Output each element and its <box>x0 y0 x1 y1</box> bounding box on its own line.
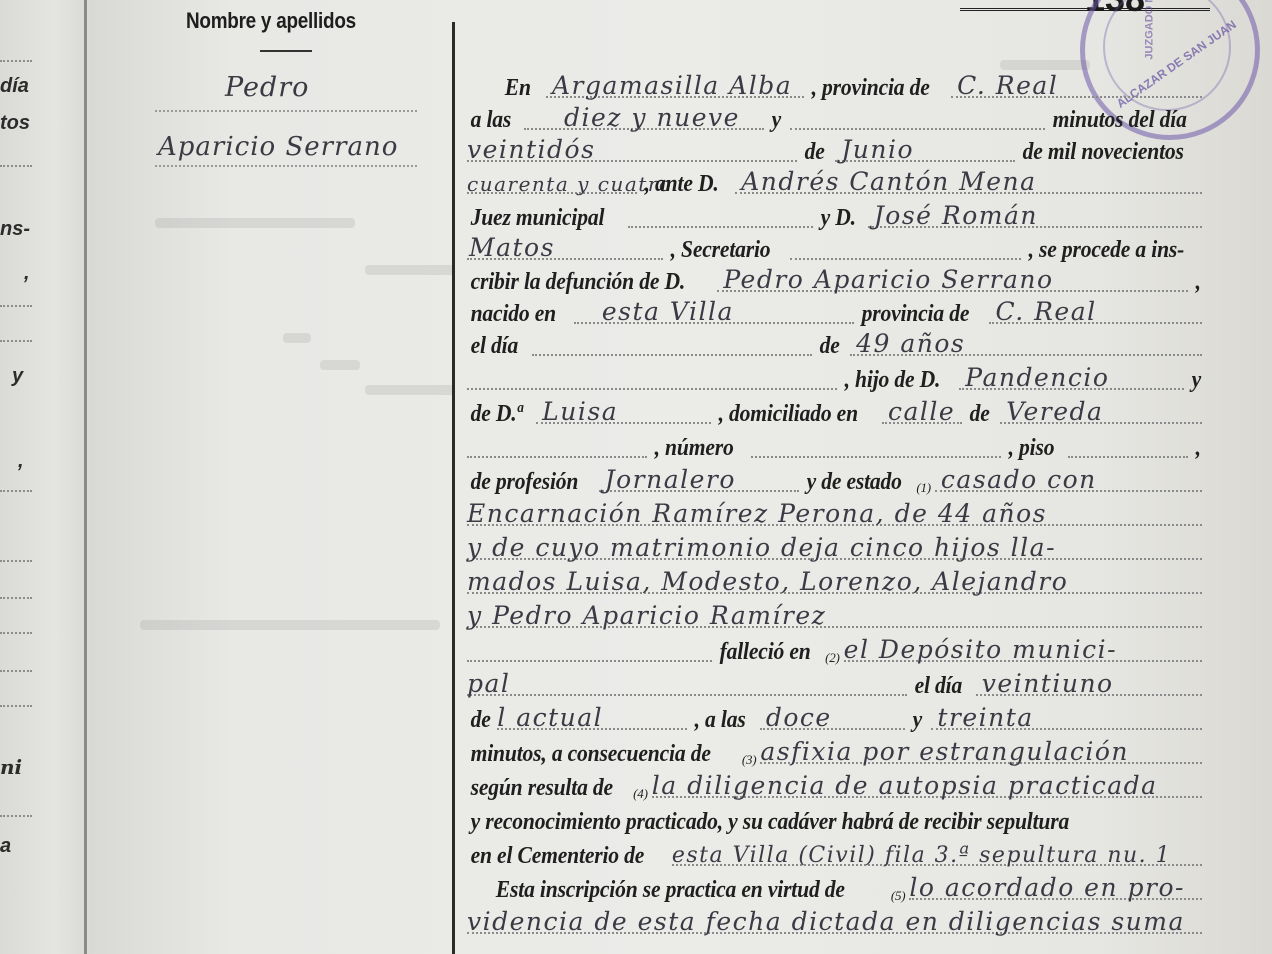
bleed-through <box>1000 60 1090 70</box>
label: , <box>1192 269 1204 296</box>
label: , Secretario <box>667 237 774 264</box>
handwritten-value: veintidós <box>467 135 595 164</box>
field-year: cuarenta y cuatro <box>467 166 637 194</box>
form-line-25: Esta inscripción se practica en virtud d… <box>467 872 1206 904</box>
handwritten-value: Encarnación Ramírez Perona, de 44 años <box>467 499 1047 528</box>
bleed-through <box>155 218 355 228</box>
field-hour: diez y nueve <box>524 102 764 130</box>
label: , domiciliado en <box>715 401 862 428</box>
dotted-line <box>155 110 417 112</box>
label: minutos, a consecuencia de <box>467 741 714 768</box>
field-birth-year <box>467 362 837 390</box>
label: provincia de <box>858 301 973 328</box>
handwritten-value: la diligencia de autopsia practicada <box>652 771 1158 800</box>
form-line-17: y Pedro Aparicio Ramírez <box>467 600 1206 632</box>
field-month: Junio <box>835 134 1015 162</box>
form-line-8: nacido en esta Villa provincia de C. Rea… <box>467 296 1206 328</box>
label: , ante D. <box>641 171 722 198</box>
handwritten-value: veintiuno <box>982 669 1114 698</box>
left-fragment: ns- <box>0 218 30 241</box>
dotted-line <box>0 560 32 562</box>
handwritten-value: Argamasilla Alba <box>552 71 792 100</box>
form-line-19: pal el día veintiuno <box>467 668 1206 700</box>
label: minutos del día <box>1049 107 1190 134</box>
handwritten-value: lo acordado en pro- <box>909 873 1185 902</box>
label: según resulta de <box>467 775 617 802</box>
field-judge: Andrés Cantón Mena <box>735 166 1202 194</box>
label: , piso <box>1005 435 1058 462</box>
column-divider <box>452 22 455 954</box>
header-rule <box>260 50 312 52</box>
label: falleció en <box>716 639 814 666</box>
left-fragment: tos <box>0 112 30 135</box>
bleed-through <box>283 333 311 343</box>
handwritten-value: Vereda <box>1006 397 1103 426</box>
left-fragment: a <box>0 835 11 858</box>
label: En <box>467 75 534 102</box>
dotted-line <box>0 165 32 167</box>
bleed-through <box>140 620 440 630</box>
field-father: Pandencio <box>959 362 1183 390</box>
dotted-line <box>0 670 32 672</box>
field-marital-status: casado con <box>935 464 1202 492</box>
label: , provincia de <box>808 75 933 102</box>
left-page: día tos ns- , y , ni a <box>0 0 92 954</box>
form-line-13: de profesión Jornalero y de estado (1) c… <box>467 464 1206 496</box>
field-children-names: mados Luisa, Modesto, Lorenzo, Alejandro <box>467 566 1202 594</box>
left-fragment: día <box>0 75 29 98</box>
left-fragment: y <box>12 365 23 388</box>
label: , número <box>651 435 737 462</box>
dotted-line <box>0 60 32 62</box>
label: y reconocimiento practicado, y su cadáve… <box>467 809 1073 836</box>
field-number <box>751 430 1001 458</box>
handwritten-value: el Depósito munici- <box>844 635 1117 664</box>
label: y <box>1188 367 1205 394</box>
label: cribir la defunción de D. <box>467 269 689 296</box>
bleed-through <box>320 360 360 370</box>
field-secretary-extra <box>790 232 1021 260</box>
handwritten-value: Junio <box>841 135 914 164</box>
field-authority-cont: videncia de esta fecha dictada en dilige… <box>467 906 1202 934</box>
dotted-line <box>0 305 32 307</box>
footnote-marker: (2) <box>825 650 840 666</box>
handwritten-value: pal <box>467 669 510 698</box>
handwritten-value: Luisa <box>542 397 618 426</box>
left-fragment: ni <box>0 755 22 779</box>
label: , hijo de D. <box>841 367 944 394</box>
field-street-type: calle <box>882 396 962 424</box>
field-place-cont: pal <box>467 668 907 696</box>
field-province: C. Real <box>951 70 1202 98</box>
label: Esta inscripción se practica en virtud d… <box>467 877 848 904</box>
field-secretary: José Román <box>868 200 1202 228</box>
field-judge-extra <box>628 200 813 228</box>
field-minutes <box>790 102 1045 130</box>
field-birthplace: esta Villa <box>574 296 854 324</box>
handwritten-value: C. Real <box>995 297 1096 326</box>
handwritten-value: esta Villa <box>602 297 734 326</box>
label: de profesión <box>467 469 582 496</box>
handwritten-value: esta Villa (Civil) fila 3.ª sepultura nu… <box>672 843 1171 868</box>
handwritten-value: doce <box>766 703 832 732</box>
label: de D.ª <box>467 401 526 428</box>
handwritten-value: Pandencio <box>965 363 1109 392</box>
handwritten-value: mados Luisa, Modesto, Lorenzo, Alejandro <box>467 567 1068 596</box>
field-day: veintidós <box>467 134 797 162</box>
dotted-line <box>0 632 32 634</box>
field-cemetery: esta Villa (Civil) fila 3.ª sepultura nu… <box>672 838 1202 866</box>
label: , <box>1192 435 1204 462</box>
label: a las <box>467 107 515 134</box>
form-line-14: Encarnación Ramírez Perona, de 44 años <box>467 498 1206 530</box>
bleed-through <box>365 385 455 395</box>
form-line-3: veintidós de Junio de mil novecientos <box>467 134 1206 166</box>
label: y <box>768 107 785 134</box>
field-floor <box>1068 430 1189 458</box>
form-line-10: , hijo de D. Pandencio y <box>467 362 1206 394</box>
form-line-12: , número , piso , <box>467 430 1206 462</box>
field-mother: Luisa <box>536 396 711 424</box>
left-fragment: , <box>18 450 24 473</box>
field-spouse: Encarnación Ramírez Perona, de 44 años <box>467 498 1202 526</box>
handwritten-value: Andrés Cantón Mena <box>741 167 1036 196</box>
book-spine <box>84 0 87 954</box>
surnames: Aparicio Serrano <box>158 132 398 162</box>
handwritten-value: y de cuyo matrimonio deja cinco hijos ll… <box>467 533 1056 562</box>
handwritten-value: casado con <box>941 465 1097 494</box>
dotted-line <box>0 815 32 817</box>
form-line-2: a las diez y nueve y minutos del día <box>467 102 1206 134</box>
field-birth-province: C. Real <box>989 296 1202 324</box>
field-source: la diligencia de autopsia practicada <box>652 770 1202 798</box>
footnote-marker: (3) <box>742 752 757 768</box>
handwritten-value: calle <box>888 397 955 426</box>
handwritten-value: C. Real <box>957 71 1058 100</box>
label: de <box>467 707 494 734</box>
form-line-9: el día de 49 años <box>467 328 1206 360</box>
form-line-22: según resulta de (4) la diligencia de au… <box>467 770 1206 802</box>
handwritten-value: diez y nueve <box>564 103 740 132</box>
label: en el Cementerio de <box>467 843 648 870</box>
form-line-11: de D.ª Luisa , domiciliado en calle de V… <box>467 396 1206 428</box>
label: de <box>816 333 843 360</box>
field-children: y de cuyo matrimonio deja cinco hijos ll… <box>467 532 1202 560</box>
dotted-line <box>0 490 32 492</box>
handwritten-value: y Pedro Aparicio Ramírez <box>467 601 826 630</box>
field-profession: Jornalero <box>599 464 799 492</box>
form-line-18: falleció en (2) el Depósito munici- <box>467 634 1206 666</box>
field-birth-day <box>532 328 812 356</box>
form-line-20: de l actual , a las doce y treinta <box>467 702 1206 734</box>
field-street-name: Vereda <box>1000 396 1202 424</box>
form-line-6: Matos , Secretario , se procede a ins- <box>467 232 1206 264</box>
first-name: Pedro <box>225 72 309 103</box>
left-fragment: , <box>24 262 30 285</box>
field-death-month: l actual <box>497 702 687 730</box>
handwritten-value: Jornalero <box>605 465 736 494</box>
form-line-5: Juez municipal y D. José Román <box>467 200 1206 232</box>
label: y D. <box>817 205 859 232</box>
dotted-line <box>0 597 32 599</box>
label: , a las <box>691 707 749 734</box>
field-cause-of-death: asfixia por estrangulación <box>760 736 1202 764</box>
handwritten-value: treinta <box>937 703 1033 732</box>
field-place-of-death: el Depósito munici- <box>844 634 1202 662</box>
form-line-23: y reconocimiento practicado, y su cadáve… <box>467 804 1206 836</box>
field-municipality: Argamasilla Alba <box>546 70 804 98</box>
field-deceased-name: Pedro Aparicio Serrano <box>717 264 1188 292</box>
field-children-names-cont: y Pedro Aparicio Ramírez <box>467 600 1202 628</box>
field-secretary-surname: Matos <box>467 232 663 260</box>
footnote-marker: (5) <box>891 888 906 904</box>
handwritten-value: 49 años <box>856 329 965 358</box>
label: Juez municipal <box>467 205 608 232</box>
label: nacido en <box>467 301 560 328</box>
field-extra <box>467 634 712 662</box>
dotted-line <box>0 340 32 342</box>
dotted-line <box>0 705 32 707</box>
form-line-26: videncia de esta fecha dictada en dilige… <box>467 906 1206 938</box>
label: y de estado <box>803 469 905 496</box>
label: de mil novecientos <box>1019 139 1187 166</box>
dotted-line <box>155 165 417 167</box>
footnote-marker: (4) <box>633 786 648 802</box>
field-death-minutes: treinta <box>931 702 1202 730</box>
label: de <box>966 401 993 428</box>
label: el día <box>911 673 966 700</box>
field-death-hour: doce <box>760 702 905 730</box>
handwritten-value: l actual <box>497 703 603 732</box>
field-death-day: veintiuno <box>976 668 1202 696</box>
name-column-header: Nombre y apellidos <box>186 8 356 34</box>
footnote-marker: (1) <box>916 480 931 496</box>
form-line-24: en el Cementerio de esta Villa (Civil) f… <box>467 838 1206 870</box>
label: de <box>801 139 828 166</box>
stamp-text-outer: JUZGADO MUNICIPAL <box>1144 0 1156 60</box>
label: y <box>909 707 926 734</box>
field-address-extra <box>467 430 647 458</box>
form-line-15: y de cuyo matrimonio deja cinco hijos ll… <box>467 532 1206 564</box>
handwritten-value: videncia de esta fecha dictada en dilige… <box>467 907 1185 936</box>
bleed-through <box>365 265 455 275</box>
handwritten-value: Matos <box>469 233 555 262</box>
field-authority: lo acordado en pro- <box>909 872 1202 900</box>
handwritten-value: José Román <box>874 201 1038 230</box>
label: , se procede a ins- <box>1025 237 1188 264</box>
form-line-21: minutos, a consecuencia de (3) asfixia p… <box>467 736 1206 768</box>
form-line-1: En Argamasilla Alba , provincia de C. Re… <box>467 70 1206 102</box>
form-line-4: cuarenta y cuatro , ante D. Andrés Cantó… <box>467 166 1206 198</box>
field-age: 49 años <box>850 328 1202 356</box>
form-line-16: mados Luisa, Modesto, Lorenzo, Alejandro <box>467 566 1206 598</box>
label: el día <box>467 333 522 360</box>
form-line-7: cribir la defunción de D. Pedro Aparicio… <box>467 264 1206 296</box>
handwritten-value: Pedro Aparicio Serrano <box>723 265 1053 294</box>
handwritten-value: asfixia por estrangulación <box>760 737 1129 766</box>
